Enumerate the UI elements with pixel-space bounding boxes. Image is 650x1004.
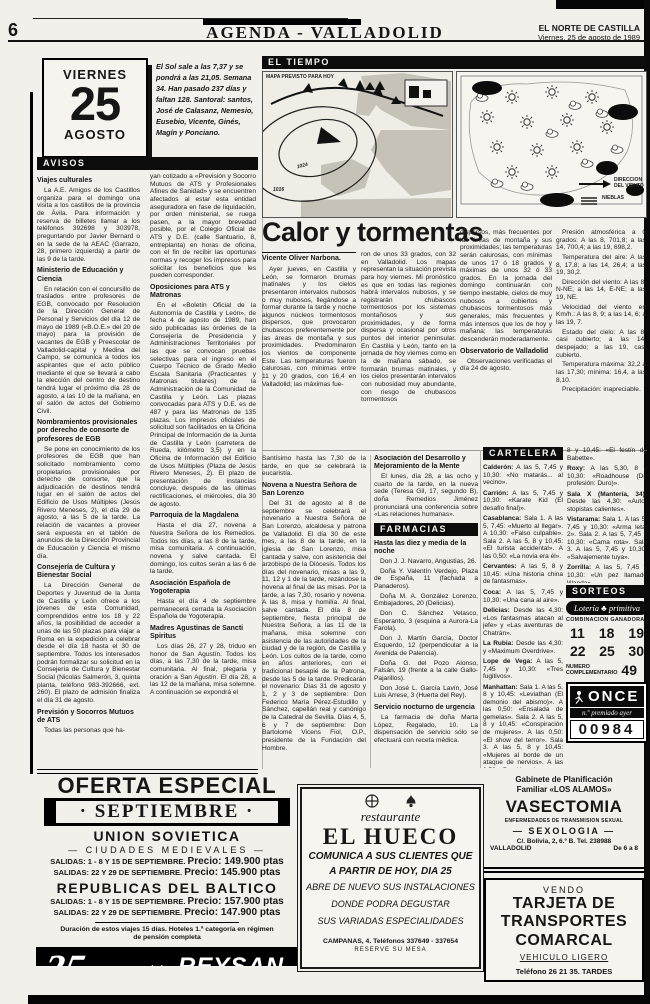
- newspaper-page: 6 AGENDA - VALLADOLID EL NORTE DE CASTIL…: [0, 0, 650, 1004]
- cinema-name: Zorrilla:: [567, 564, 591, 571]
- scan-left-edge: [30, 92, 33, 774]
- complementary-label-line: COMPLEMENTARIO: [566, 670, 617, 676]
- cinema-info: Sala 1. A las 5, 7,45: «Muerto al llegar…: [483, 515, 563, 560]
- clinic-city-hours: VALLADOLID De 6 a 8: [484, 845, 644, 852]
- pharmacy-entry: Don José L. García Lavín, José Luis Arre…: [374, 685, 478, 700]
- aviso-item: Parroquia de la MagdalenaHasta el día 27…: [150, 512, 256, 576]
- weather-datum: Temperatura máxima: 32,2 a las 17,30; mí…: [556, 361, 646, 384]
- aviso-heading: Consejería de Cultura y Bienestar Social: [37, 564, 140, 580]
- winning-numbers-row: 11 18 19: [566, 625, 648, 641]
- sorteos-block: SORTEOS Lotería ♣ primitiva COMBINACION …: [566, 585, 648, 743]
- cinema-info: 8 y 10,45: «El festín de Babette».: [567, 447, 647, 462]
- cartelera-section-header: CARTELERA: [483, 447, 563, 460]
- aviso-item: Madres Agustinas de Sancti SpiritusLos d…: [150, 625, 256, 697]
- ad-line: A PARTIR DE HOY, DIA 25: [302, 864, 479, 879]
- cinema-name: Sala X (Mantería, 34):: [567, 491, 647, 498]
- map-caption: MAPA PREVISTO PARA HOY: [266, 75, 334, 81]
- vehicle-type: VEHICULO LIGERO: [486, 953, 642, 962]
- winning-numbers-row: 22 25 30: [566, 643, 648, 659]
- pharmacy-entry: Doña M. A. González Lorenzo, Embajadores…: [374, 593, 478, 608]
- aviso-body: yan cotizado a «Previsión y Socorro Mutu…: [150, 173, 256, 280]
- winning-combination-label: COMBINACION GANADORA: [566, 617, 648, 623]
- vasectomia-clinic-ad: Gabinete de Planificación Familiar «LOS …: [484, 775, 644, 865]
- ad-title-line: COMARCAL: [486, 932, 642, 950]
- ad-emblems: [302, 793, 479, 809]
- sexologia-line: — SEXOLOGIA —: [484, 826, 644, 836]
- restaurant-label: restaurante: [302, 809, 479, 825]
- clinic-name: Familiar «LOS ALAMOS»: [484, 785, 644, 795]
- bell-icon: [405, 794, 417, 809]
- lottery-number: 19: [628, 625, 644, 641]
- religion-heading: Novena a Nuestra Señora de San Lorenzo: [262, 482, 366, 498]
- cinema-listing: Lope de Vega: A las 5, 7,45 y 10,30: «Tr…: [483, 658, 563, 681]
- fog-legend: NIEBLAS: [602, 196, 642, 202]
- article-byline: Vicente Oliver Narbona.: [262, 252, 356, 262]
- article-column-3: dispersos, más frecuentes por las áreas …: [460, 229, 552, 448]
- ad-title: VASECTOMIA: [484, 797, 644, 817]
- farmacias-section-header: FARMACIAS: [374, 523, 478, 536]
- cinema-name: Vistarama:: [567, 516, 600, 523]
- once-winning-number: 00984: [570, 720, 644, 739]
- contact-phone: Teléfono 26 21 35. TARDES: [486, 967, 642, 976]
- departure-dates: SALIDAS: 22 Y 29 DE SEPTIEMBRE.: [54, 868, 183, 877]
- complementary-number: NUMERO COMPLEMENTARIO 49: [566, 662, 648, 678]
- cinema-info: Sala 1. A las 5, 8 y 10,45: «Leviathan (…: [483, 684, 563, 768]
- cinema-listing: Coca: A las 5, 7,45 y 10,30: «Una cana a…: [483, 589, 563, 604]
- farmacias-column: Asociación del Desarrollo y Mejoramiento…: [374, 455, 478, 768]
- cinema-listing: Vistarama: Sala 1. A las 5, 7,45 y 10,30…: [567, 516, 647, 561]
- price: Precio: 147.900 ptas: [184, 907, 280, 918]
- cinema-listing: Delicias: Desde las 4,30: «Los fantasmas…: [483, 607, 563, 637]
- price: Precio: 149.900 ptas: [188, 856, 284, 867]
- clinic-name: Gabinete de Planificación: [484, 775, 644, 785]
- aviso-body: Hasta el día 27, novena a Nuestra Señora…: [150, 522, 256, 575]
- cinema-listing: La Rubia: Desde las 4,30: y «Maximum Ove…: [483, 640, 563, 655]
- aviso-item: Viajes culturalesLa A.E. Amigos de los C…: [37, 177, 140, 263]
- masthead-name: EL NORTE DE CASTILLA: [468, 23, 640, 33]
- cinema-listing: Sala X (Mantería, 34): Desde las 4,30: «…: [567, 491, 647, 514]
- clinic-hours: De 6 a 8: [613, 845, 638, 852]
- lottery-number: 25: [599, 643, 615, 659]
- religion-body: Del 31 de agosto al 8 de septiembre se c…: [262, 500, 366, 752]
- ad-title-line: TRANSPORTES: [486, 913, 642, 931]
- cinema-name: Cervantes:: [483, 563, 517, 570]
- destination-subtitle: — CIUDADES MEDIEVALES —: [36, 845, 298, 855]
- ad-divider: [95, 922, 239, 923]
- aviso-heading: Previsión y Socorros Mutuos de ATS: [37, 709, 140, 725]
- once-logo: ONCE: [570, 686, 644, 707]
- lottery-number: 11: [570, 625, 585, 641]
- aviso-body: Los días 26, 27 y 28, triduo en honor de…: [150, 643, 256, 696]
- aviso-body: En el «Boletín Oficial de la Autonomía d…: [150, 302, 256, 508]
- cinema-name: Delicias:: [483, 607, 510, 614]
- cinema-listing: Carrión: A las 5, 7,45 y 10,30: «Karate …: [483, 490, 563, 513]
- transport-card-ad: VENDO TARJETA DE TRANSPORTES COMARCAL VE…: [484, 878, 644, 982]
- lottery-number: 22: [570, 643, 586, 659]
- vendo-label: VENDO: [486, 885, 642, 895]
- cinema-info: Desde las 4,30: «Auto-stopistas caliente…: [567, 498, 647, 513]
- ad-separator-rule: [484, 867, 644, 873]
- column-rule: [480, 450, 481, 768]
- departure-dates: SALIDAS: 22 Y 29 DE SEPTIEMBRE.: [54, 908, 183, 917]
- once-result-box: ONCE n.º premiado ayer 00984: [566, 682, 648, 743]
- departure-dates: SALIDAS: 1 - 8 Y 15 DE SEPTIEMBRE.: [50, 897, 185, 906]
- aviso-item: Consejería de Cultura y Bienestar Social…: [37, 564, 140, 704]
- pharmacy-entry: Don C. Sánchez Velasco, Esperanto, 3 (es…: [374, 610, 478, 633]
- aviso-heading: Nombramientos provisionales por derecho …: [37, 419, 140, 443]
- once-figure-icon: [573, 690, 585, 704]
- cinema-listing: Calderón: A las 5, 7,45 y 10,30: «No mat…: [483, 464, 563, 487]
- clinic-address: C/. Bolivia, 2, 6.º B. Tel. 238988: [484, 838, 644, 845]
- aviso-body: Hasta el día 4 de septiembre permanecerá…: [150, 598, 256, 621]
- weather-datum: Presión atmosférica a 0 grados: A las 8,…: [556, 229, 646, 252]
- pharmacy-entry: Doña G. del Pozo Alonso, Falsán, 19 (fre…: [374, 660, 478, 683]
- aviso-item: yan cotizado a «Previsión y Socorro Mutu…: [150, 173, 256, 280]
- avisos-end-rule: [37, 769, 258, 774]
- cinema-name: Carrión:: [483, 490, 508, 497]
- trip-note: Duración de estos viajes 15 días. Hotele…: [56, 926, 279, 943]
- cinema-name: Lope de Vega:: [483, 658, 532, 665]
- cinema-info: Sala 1. A las 5, 7,45 y 10,30: «Arma let…: [567, 516, 647, 561]
- clinic-city: VALLADOLID: [490, 845, 531, 852]
- tiempo-section-header: EL TIEMPO: [262, 56, 647, 69]
- loteria-primitiva-logo: Lotería ♣ primitiva: [566, 601, 648, 615]
- lottery-number: 18: [599, 625, 615, 641]
- ad-line: SUS VARIADAS ESPECIALIDADES: [302, 913, 479, 930]
- mente-heading: Asociación del Desarrollo y Mejoramiento…: [374, 455, 478, 471]
- reserve-note: RESERVE SU MESA: [302, 947, 479, 953]
- emblem-icon: [365, 794, 379, 808]
- cinema-listing: Manhattan: Sala 1. A las 5, 8 y 10,45: «…: [483, 684, 563, 768]
- scan-artifact: [556, 0, 644, 9]
- reysan-travel-ad: OFERTA ESPECIAL · SEPTIEMBRE · UNION SOV…: [36, 775, 298, 966]
- ad-line: DONDE PODRA DEGUSTAR: [302, 896, 479, 913]
- cartelera-column-left: Calderón: A las 5, 7,45 y 10,30: «No mat…: [483, 464, 563, 768]
- ad-subtitle: ENFERMEDADES DE TRANSMISION SEXUAL: [484, 818, 644, 824]
- el-hueco-restaurant-ad: restaurante EL HUECO COMUNICA A SUS CLIE…: [300, 787, 481, 969]
- page-number: 6: [8, 20, 18, 41]
- pharmacy-entry: Don J. Martín García, Doctor Esquerdo, 1…: [374, 635, 478, 658]
- synoptic-weather-map: MAPA PREVISTO PARA HOY 1024 1016: [262, 71, 453, 218]
- reysan-brand-bar: 25 AÑOS viajes REYSAN s.l. A. ARCONI - T…: [36, 947, 298, 966]
- aviso-body: La A.E. Amigos de los Castillos organiza…: [37, 187, 140, 263]
- cinema-name: Casablanca:: [483, 515, 521, 522]
- once-caption: n.º premiado ayer: [570, 708, 644, 718]
- aviso-body: La Dirección General de Deportes y Juven…: [37, 582, 140, 704]
- wind-direction-legend: DIRECCION DEL VIENTO: [614, 178, 646, 189]
- aviso-item: Oposiciones para ATS y MatronasEn el «Bo…: [150, 284, 256, 508]
- aviso-body: Todas las personas que ha-: [37, 727, 140, 735]
- calendar-month: AGOSTO: [44, 127, 146, 142]
- header-rule-bottom: [8, 40, 644, 42]
- scan-bottom-edge: [28, 995, 650, 1004]
- cinema-listing: Roxy: A las 5,30, 8 y 10,30: «Roadhouse …: [567, 465, 647, 488]
- complementary-value: 49: [621, 662, 637, 678]
- ad-line: COMUNICA A SUS CLIENTES QUE: [302, 849, 479, 864]
- ad-title-line: TARJETA DE: [486, 895, 642, 913]
- aviso-item: Ministerio de Educación y CienciaEn rela…: [37, 267, 140, 415]
- aviso-body: En relación con el concursillo de trasla…: [37, 286, 140, 416]
- cinema-name: Coca:: [483, 589, 501, 596]
- aviso-heading: Oposiciones para ATS y Matronas: [150, 284, 256, 300]
- column-rule: [370, 455, 371, 768]
- observatory-heading: Observatorio de Valladolid: [460, 348, 552, 356]
- weather-datum: Precipitación: inapreciable.: [556, 386, 646, 394]
- weather-datum: Estado del cielo: A las 8, casi cubierto…: [556, 329, 646, 360]
- departure-line: SALIDAS: 1 - 8 Y 15 DE SEPTIEMBRE. Preci…: [36, 856, 298, 867]
- ad-title: OFERTA ESPECIAL: [36, 775, 298, 797]
- once-brand-text: ONCE: [588, 688, 639, 705]
- weather-datum: Velocidad del viento en Km/h.: A las 8, …: [556, 304, 646, 327]
- aviso-heading: Asociación Española de Yogoterapia: [150, 580, 256, 596]
- spain-forecast-map: DIRECCION DEL VIENTO NIEBLAS: [456, 71, 647, 218]
- departure-line: SALIDAS: 22 Y 29 DE SEPTIEMBRE. Precio: …: [36, 867, 298, 878]
- aviso-body: Se pone en conocimiento de los profesore…: [37, 446, 140, 561]
- aviso-heading: Parroquia de la Magdalena: [150, 512, 256, 520]
- article-column-1: Vicente Oliver Narbona. Ayer jueves, en …: [262, 252, 356, 448]
- mente-body: El lunes, día 28, a las ocho y cuarto de…: [374, 473, 478, 519]
- cinema-name: Calderón:: [483, 464, 513, 471]
- ephemeris-text: El Sol sale a las 7,37 y se pondrá a las…: [156, 62, 258, 139]
- restaurant-name: EL HUECO: [302, 825, 479, 849]
- aviso-item: Nombramientos provisionales por derecho …: [37, 419, 140, 560]
- article-text: Ayer jueves, en Castilla y León, se form…: [262, 266, 356, 388]
- cinema-name: La Rubia:: [483, 640, 513, 647]
- religion-column: Santísimo hasta las 7,30 de la tarde, en…: [262, 455, 366, 768]
- ad-line: ABRE DE NUEVO SUS INSTALACIONES: [302, 879, 479, 896]
- departure-line: SALIDAS: 1 - 8 Y 15 DE SEPTIEMBRE. Preci…: [36, 896, 298, 907]
- article-column-2: ron de unos 33 grados, con 32 en Vallado…: [361, 251, 456, 448]
- cinema-listing: Casablanca: Sala 1. A las 5, 7,45: «Muer…: [483, 515, 563, 560]
- cinema-listing: Zorrilla: A las 5, 7,45 y 10,30: «Un pez…: [567, 564, 647, 583]
- avisos-column-2: yan cotizado a «Previsión y Socorro Mutu…: [150, 173, 258, 765]
- cinema-name: Manhattan:: [483, 684, 518, 691]
- destination-title: REPUBLICAS DEL BALTICO: [36, 880, 298, 896]
- price: Precio: 157.900 ptas: [188, 896, 284, 907]
- cinema-listing: 8 y 10,45: «El festín de Babette».: [567, 447, 647, 462]
- avisos-column-1: Viajes culturalesLa A.E. Amigos de los C…: [37, 173, 145, 765]
- calendar-day-number: 25: [44, 82, 146, 127]
- aviso-heading: Madres Agustinas de Sancti Spiritus: [150, 625, 256, 641]
- cartelera-column-right: 8 y 10,45: «El festín de Babette». Roxy:…: [567, 447, 647, 583]
- article-text: ron de unos 33 grados, con 32 en Vallado…: [361, 251, 456, 404]
- destination-title: UNION SOVIETICA: [36, 828, 298, 844]
- aviso-item: Previsión y Socorros Mutuos de ATSTodas …: [37, 709, 140, 735]
- cinema-listing: Cervantes: A las 5, 8 y 10,45: «Una hist…: [483, 563, 563, 586]
- article-column-4: Presión atmosférica a 0 grados: A las 8,…: [556, 229, 646, 448]
- ad-banner: · SEPTIEMBRE ·: [44, 798, 290, 826]
- departure-line: SALIDAS: 22 Y 29 DE SEPTIEMBRE. Precio: …: [36, 907, 298, 918]
- night-service-heading: Servicio nocturno de urgencia: [374, 704, 478, 712]
- restaurant-address: CAMPANAS, 4. Teléfonos 337649 - 337654: [302, 938, 479, 945]
- night-service-body: La farmacia de doña Marta López, Regalad…: [374, 714, 478, 745]
- anniversary-number: 25: [39, 947, 89, 966]
- complementary-label: NUMERO COMPLEMENTARIO: [566, 664, 617, 677]
- farmacias-heading: Hasta las diez y media de la noche: [374, 540, 478, 556]
- religion-lead: Santísimo hasta las 7,30 de la tarde, en…: [262, 455, 366, 478]
- avisos-section-header: AVISOS: [37, 157, 258, 170]
- weather-datum: Dirección del viento: A las 8, N-NE; a l…: [556, 279, 646, 302]
- observatory-note: Observaciones verificadas el día 24 de a…: [460, 358, 552, 373]
- lottery-number: 30: [628, 643, 644, 659]
- calendar-box: VIERNES 25 AGOSTO: [42, 58, 148, 158]
- synoptic-map-graphic: [263, 72, 452, 217]
- aviso-heading: Ministerio de Educación y Ciencia: [37, 267, 140, 283]
- isobar-label: 1016: [273, 188, 284, 194]
- pharmacy-entry: Doña Y. Valentín Verdejo, Plaza de Españ…: [374, 568, 478, 591]
- departure-dates: SALIDAS: 1 - 8 Y 15 DE SEPTIEMBRE.: [50, 857, 185, 866]
- cinema-name: Roxy:: [567, 465, 585, 472]
- pharmacy-entry: Don J. J. Navarro, Angustias, 26.: [374, 558, 478, 566]
- aviso-heading: Viajes culturales: [37, 177, 140, 185]
- price: Precio: 145.900 ptas: [184, 867, 280, 878]
- brand-name: REYSAN: [178, 953, 284, 966]
- weather-datum: Temperatura del aire: A las 8, 17,8; a l…: [556, 254, 646, 277]
- article-text: dispersos, más frecuentes por las áreas …: [460, 229, 552, 344]
- aviso-item: Asociación Española de YogoterapiaHasta …: [150, 580, 256, 621]
- sorteos-section-header: SORTEOS: [566, 585, 648, 598]
- brand-prefix: viajes: [144, 963, 175, 966]
